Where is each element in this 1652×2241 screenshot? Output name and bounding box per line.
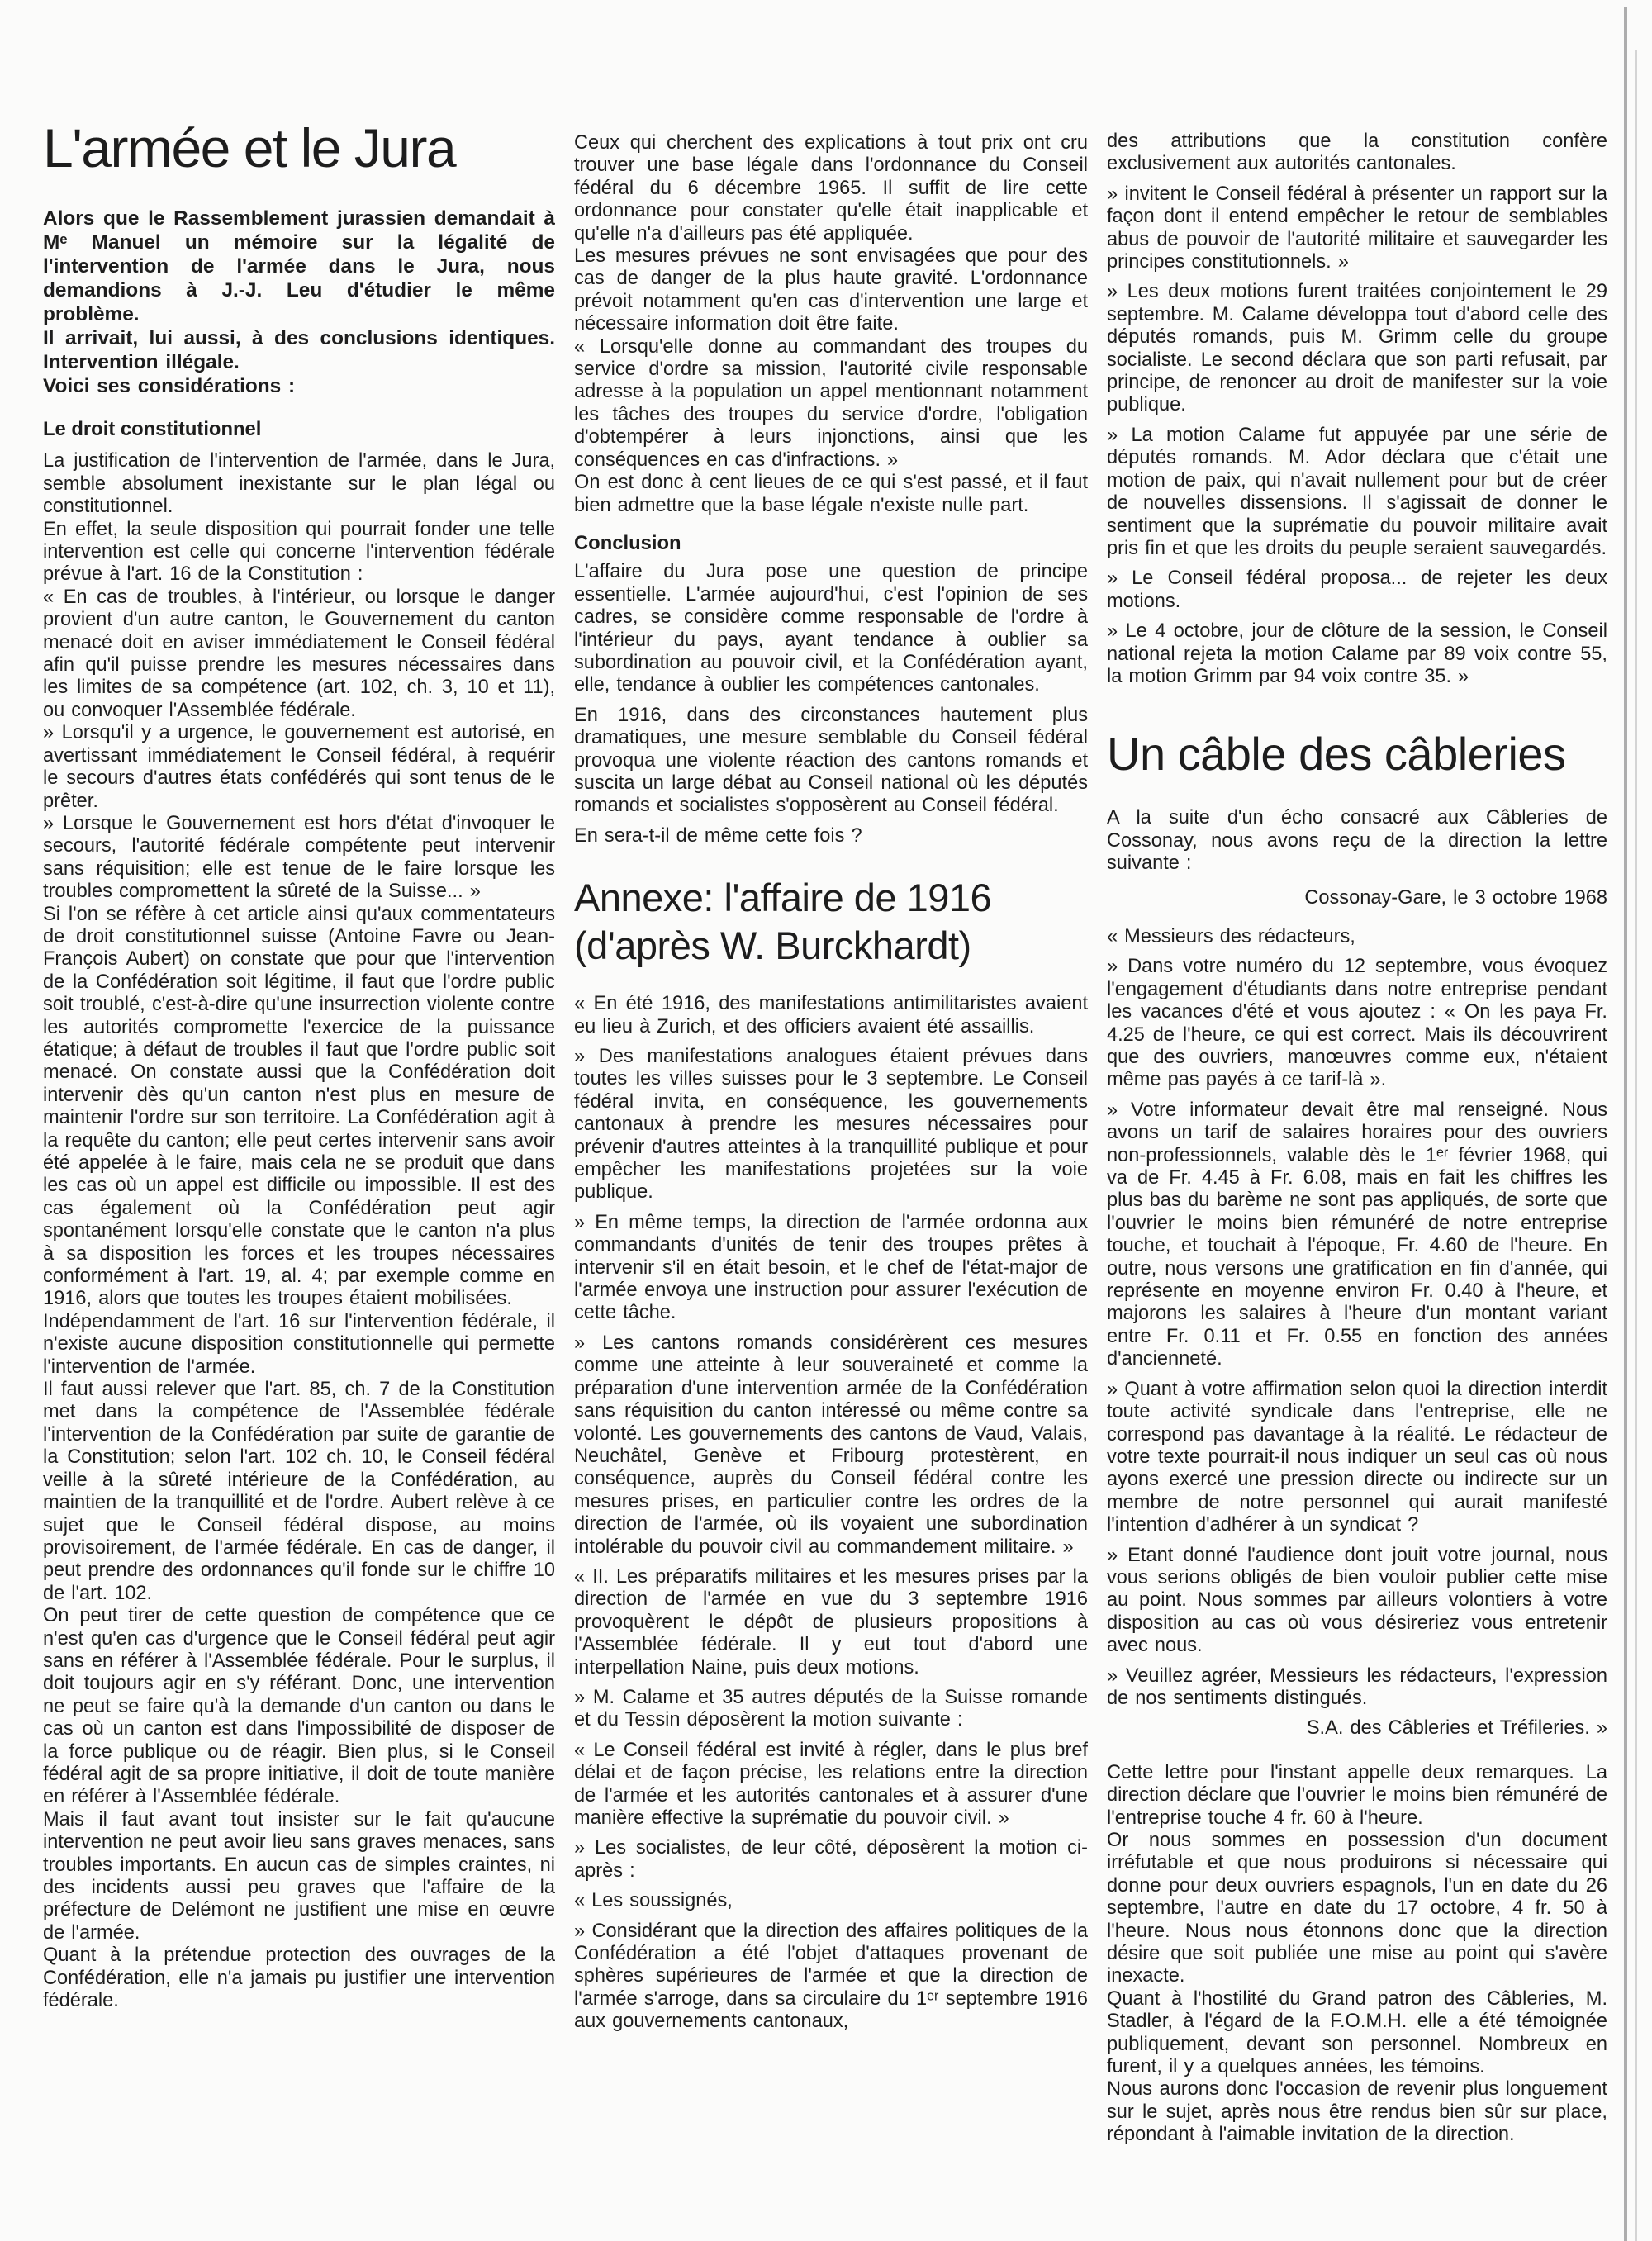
lead-block: Alors que le Rassemblement jurassien dem… xyxy=(43,207,555,398)
body-paragraph: » Le Conseil fédéral proposa... de rejet… xyxy=(1107,567,1607,613)
cable-letter-body: « Messieurs des rédacteurs, » Dans votre… xyxy=(1107,926,1607,1710)
letter-paragraph: » Etant donné l'audience dont jouit votr… xyxy=(1107,1545,1607,1658)
body-paragraph: Il faut aussi relever que l'art. 85, ch.… xyxy=(43,1379,555,1605)
body-paragraph: » Lorsqu'il y a urgence, le gouvernement… xyxy=(43,722,555,813)
body-paragraph: Indépendamment de l'art. 16 sur l'interv… xyxy=(43,1311,555,1379)
headline-annexe: Annexe: l'affaire de 1916(d'après W. Bur… xyxy=(574,874,1088,970)
headline-annexe-line1: Annexe: l'affaire de 1916 xyxy=(574,876,991,919)
column-middle: Ceux qui cherchent des explications à to… xyxy=(574,132,1088,2041)
body-paragraph: » Considérant que la direction des affai… xyxy=(574,1921,1088,2034)
lead-paragraph: Il arrivait, lui aussi, à des conclusion… xyxy=(43,326,555,374)
scan-edge-line xyxy=(1624,7,1627,2241)
body-paragraph: Mais il faut avant tout insister sur le … xyxy=(43,1809,555,1944)
body-paragraph: En effet, la seule disposition qui pourr… xyxy=(43,519,555,586)
body-paragraph: En sera-t-il de même cette fois ? xyxy=(574,825,1088,847)
body-paragraph: » Lorsque le Gouvernement est hors d'éta… xyxy=(43,813,555,904)
lead-paragraph: Voici ses considérations : xyxy=(43,374,555,398)
editorial-response: Cette lettre pour l'instant appelle deux… xyxy=(1107,1762,1607,2147)
body-paragraph: L'affaire du Jura pose une question de p… xyxy=(574,561,1088,696)
jura-col2-body: Ceux qui cherchent des explications à to… xyxy=(574,132,1088,517)
body-paragraph: On est donc à cent lieues de ce qui s'es… xyxy=(574,472,1088,517)
cable-intro-block: A la suite d'un écho consacré aux Câbler… xyxy=(1107,807,1607,875)
body-paragraph: Les mesures prévues ne sont envisagées q… xyxy=(574,245,1088,336)
body-paragraph: « Lorsqu'elle donne au commandant des tr… xyxy=(574,336,1088,472)
editorial-paragraph: Cette lettre pour l'instant appelle deux… xyxy=(1107,1762,1607,1830)
body-paragraph: « Les soussignés, xyxy=(574,1890,1088,1912)
scan-edge-line-faint xyxy=(1635,50,1637,2241)
body-paragraph: » Des manifestations analogues étaient p… xyxy=(574,1046,1088,1204)
column-right: des attributions que la constitution con… xyxy=(1107,131,1607,2147)
body-paragraph: Ceux qui cherchent des explications à to… xyxy=(574,132,1088,245)
editorial-paragraph: Or nous sommes en possession d'un docume… xyxy=(1107,1830,1607,1988)
body-paragraph: Si l'on se réfère à cet article ainsi qu… xyxy=(43,904,555,1311)
headline-armee-jura: L'armée et le Jura xyxy=(43,121,555,175)
letter-signature: S.A. des Câbleries et Tréfileries. » xyxy=(1107,1717,1607,1740)
letter-paragraph: » Votre informateur devait être mal rens… xyxy=(1107,1099,1607,1371)
body-paragraph: A la suite d'un écho consacré aux Câbler… xyxy=(1107,807,1607,875)
letter-paragraph: » Quant à votre affirmation selon quoi l… xyxy=(1107,1379,1607,1537)
headline-cableries: Un câble des câbleries xyxy=(1107,731,1607,777)
letter-paragraph: » Veuillez agréer, Messieurs les rédacte… xyxy=(1107,1665,1607,1711)
lead-paragraph: Alors que le Rassemblement jurassien dem… xyxy=(43,207,555,326)
letter-paragraph: « Messieurs des rédacteurs, xyxy=(1107,926,1607,948)
body-paragraph: » Les deux motions furent traitées conjo… xyxy=(1107,281,1607,416)
body-paragraph: « En été 1916, des manifestations antimi… xyxy=(574,993,1088,1038)
body-paragraph: « Le Conseil fédéral est invité à régler… xyxy=(574,1740,1088,1830)
newspaper-page: L'armée et le Jura Alors que le Rassembl… xyxy=(0,0,1652,2241)
jura-col1-body: La justification de l'intervention de l'… xyxy=(43,450,555,2012)
body-paragraph: » Les socialistes, de leur côté, déposèr… xyxy=(574,1837,1088,1883)
subhead-conclusion: Conclusion xyxy=(574,532,1088,554)
annexe-col3-body: des attributions que la constitution con… xyxy=(1107,131,1607,688)
body-paragraph: En 1916, dans des circonstances hautemen… xyxy=(574,705,1088,818)
jura-conclusion-body: L'affaire du Jura pose une question de p… xyxy=(574,561,1088,847)
annexe-col2-body: « En été 1916, des manifestations antimi… xyxy=(574,993,1088,2033)
body-paragraph: » Le 4 octobre, jour de clôture de la se… xyxy=(1107,620,1607,688)
editorial-paragraph: Quant à l'hostilité du Grand patron des … xyxy=(1107,1988,1607,2079)
dateline: Cossonay-Gare, le 3 octobre 1968 xyxy=(1107,887,1607,909)
body-paragraph: » invitent le Conseil fédéral à présente… xyxy=(1107,183,1607,274)
body-paragraph: des attributions que la constitution con… xyxy=(1107,131,1607,176)
body-paragraph: La justification de l'intervention de l'… xyxy=(43,450,555,518)
body-paragraph: » En même temps, la direction de l'armée… xyxy=(574,1212,1088,1325)
headline-annexe-line2: (d'après W. Burckhardt) xyxy=(574,923,971,967)
body-paragraph: Quant à la prétendue protection des ouvr… xyxy=(43,1944,555,2012)
body-paragraph: » M. Calame et 35 autres députés de la S… xyxy=(574,1687,1088,1732)
body-paragraph: » Les cantons romands considérèrent ces … xyxy=(574,1332,1088,1559)
body-paragraph: « En cas de troubles, à l'intérieur, ou … xyxy=(43,586,555,722)
body-paragraph: On peut tirer de cette question de compé… xyxy=(43,1605,555,1809)
body-paragraph: « II. Les préparatifs militaires et les … xyxy=(574,1566,1088,1679)
letter-paragraph: » Dans votre numéro du 12 septembre, vou… xyxy=(1107,956,1607,1091)
editorial-paragraph: Nous aurons donc l'occasion de revenir p… xyxy=(1107,2078,1607,2146)
subhead-droit-constitutionnel: Le droit constitutionnel xyxy=(43,418,555,440)
column-left: L'armée et le Jura Alors que le Rassembl… xyxy=(43,121,555,2012)
body-paragraph: » La motion Calame fut appuyée par une s… xyxy=(1107,425,1607,560)
